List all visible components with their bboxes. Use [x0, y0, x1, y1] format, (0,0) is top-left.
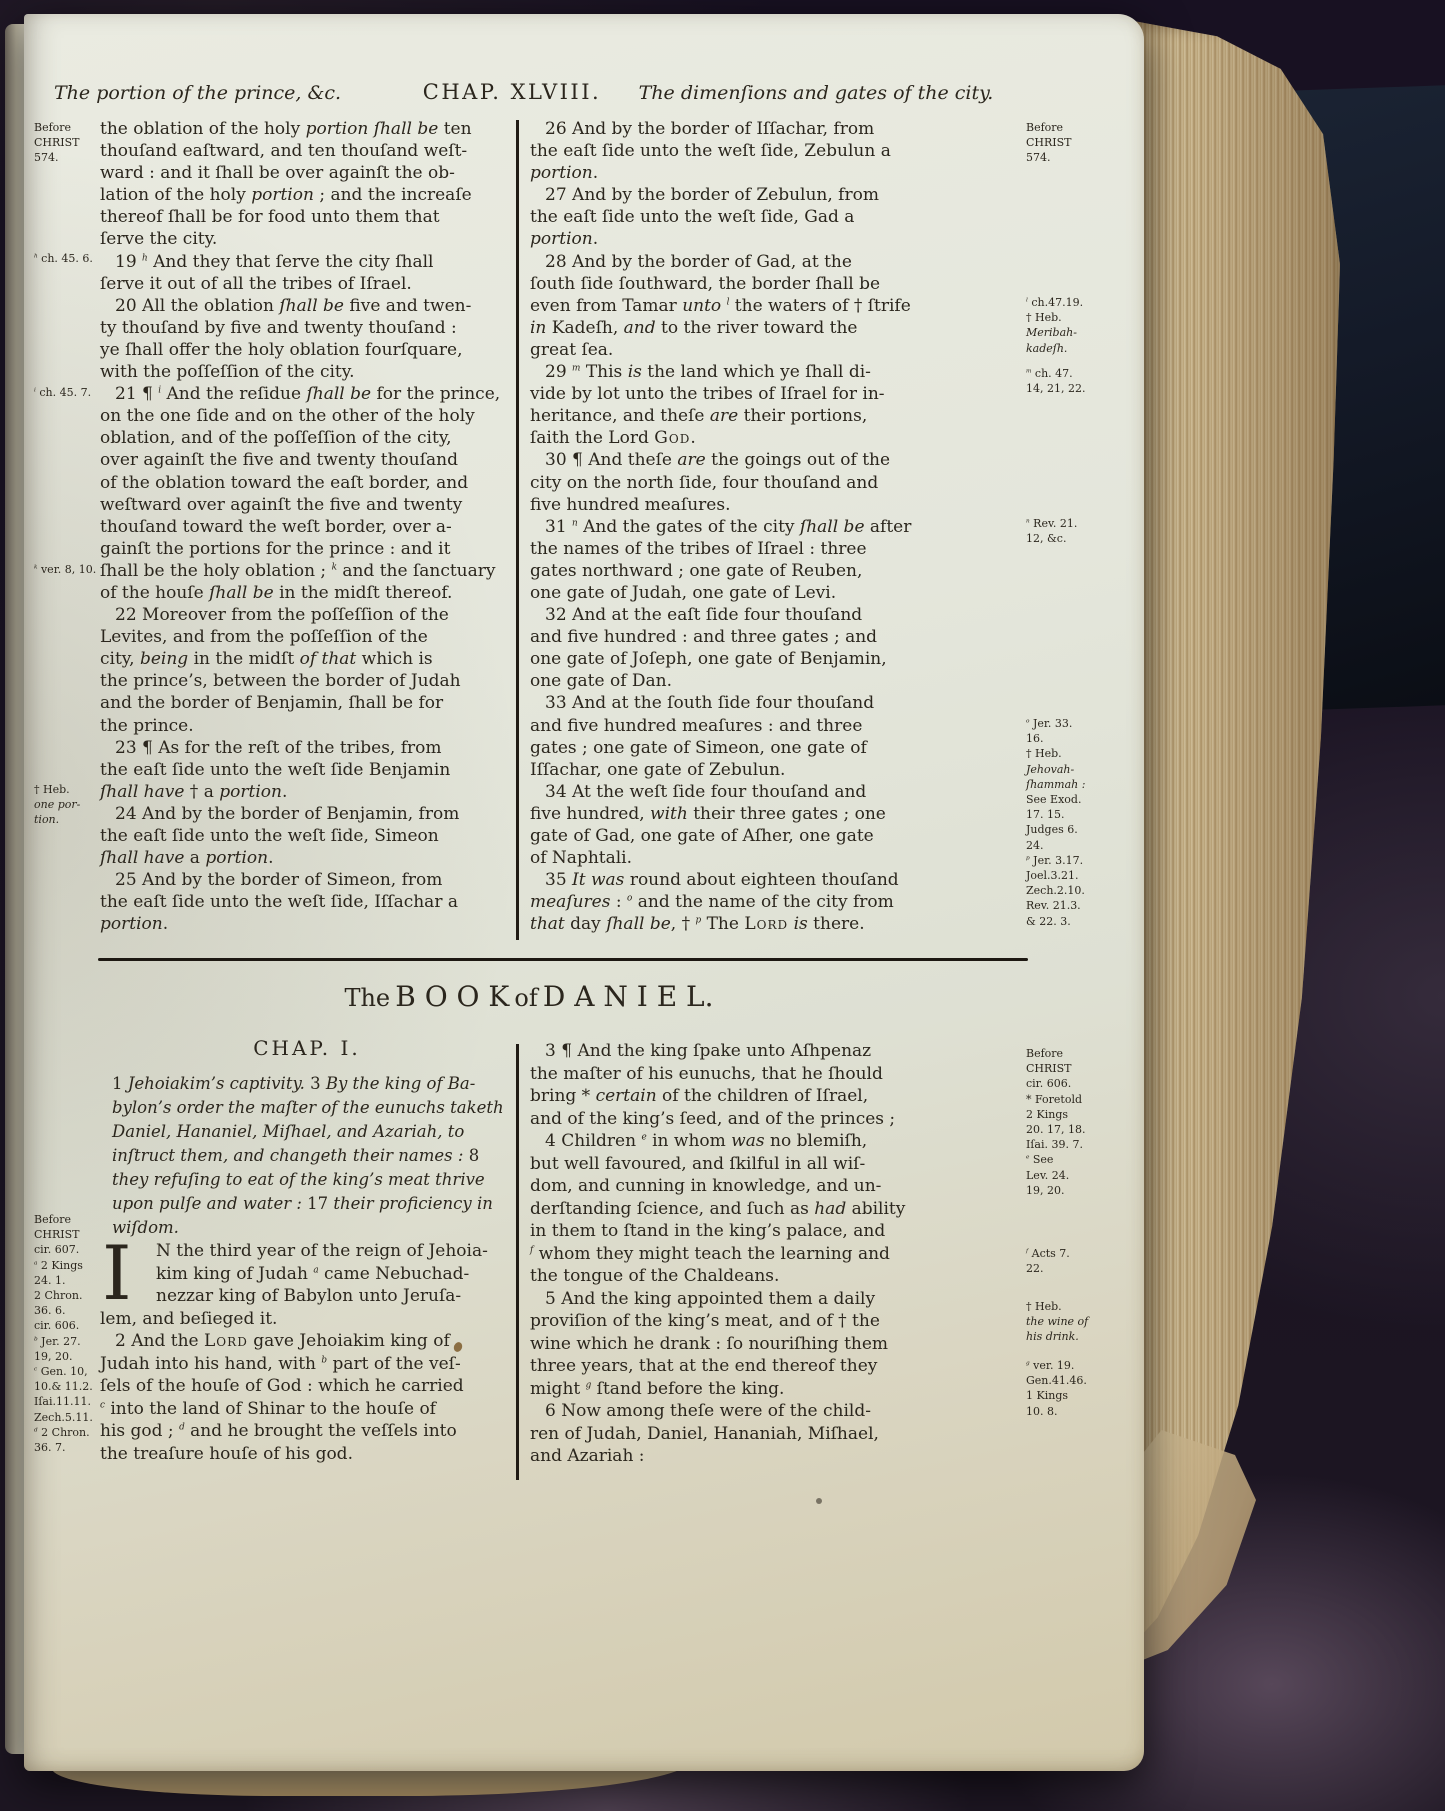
- text-line: 29 m This is the land which ye ſhall di-: [530, 361, 944, 383]
- text-line: city on the north ſide, four thouſand an…: [530, 472, 944, 494]
- margin-note-line: 14, 21, 22.: [1026, 381, 1144, 396]
- text-line: Daniel, Hananiel, Miſhael, and Azariah, …: [112, 1120, 516, 1144]
- text-line: 22 Moreover from the poſſeſſion of the: [100, 604, 514, 626]
- text-line: the names of the tribes of Iſrael : thre…: [530, 538, 944, 560]
- text-line: gate of Gad, one gate of Aſher, one gate: [530, 825, 944, 847]
- text-line: 33 And at the ſouth ſide four thouſand: [530, 692, 944, 714]
- margin-note-line: k ver. 8, 10.: [34, 562, 100, 577]
- text-line: one gate of Dan.: [530, 670, 944, 692]
- margin-note-line: tion.: [34, 812, 100, 827]
- margin-note-line: b Jer. 27.: [34, 1334, 100, 1349]
- text-line: the oblation of the holy portion ſhall b…: [100, 118, 514, 140]
- text-line: ren of Judah, Daniel, Hananiah, Miſhael,: [530, 1423, 944, 1446]
- margin-note-line: kadeſh.: [1026, 341, 1144, 356]
- margin-note-line: 24. 1.: [34, 1273, 100, 1288]
- text-line: ſhall have † a portion.: [100, 781, 514, 803]
- text-line: lation of the holy portion ; and the inc…: [100, 184, 514, 206]
- text-line: nezzar king of Babylon unto Jeruſa-: [100, 1285, 514, 1308]
- text-line: of the oblation toward the eaſt border, …: [100, 472, 514, 494]
- text-line: 21 ¶ i And the reſidue ſhall be for the …: [100, 383, 514, 405]
- text-line: they refuſing to eat of the king’s meat …: [112, 1168, 516, 1192]
- text-line: ſhall have a portion.: [100, 847, 514, 869]
- text-line: the eaſt ſide unto the weſt ſide, Gad a: [530, 206, 944, 228]
- margin-note-line: one por-: [34, 797, 100, 812]
- text-line: 20 All the oblation ſhall be five and tw…: [100, 295, 514, 317]
- margin-note-line: c Gen. 10,: [34, 1364, 100, 1379]
- margin-note: g ver. 19.Gen.41.46.1 Kings10. 8.: [1026, 1358, 1144, 1419]
- margin-note-line: n Rev. 21.: [1026, 516, 1144, 531]
- margin-note-line: Iſai.11.11.: [34, 1394, 100, 1409]
- margin-note: l ch.47.19.† Heb.Meribah-kadeſh.: [1026, 295, 1144, 356]
- chapter-one-heading: CHAP. I.: [100, 1036, 514, 1060]
- text-line: weſtward over againſt the five and twent…: [100, 494, 514, 516]
- margin-note-line: Iſai. 39. 7.: [1026, 1137, 1144, 1152]
- text-line: lem, and beſieged it.: [100, 1308, 514, 1331]
- margin-note-line: † Heb.: [1026, 1299, 1144, 1314]
- text-line: portion.: [530, 228, 944, 250]
- text-line: one gate of Judah, one gate of Levi.: [530, 582, 944, 604]
- margin-note-line: 16.: [1026, 731, 1144, 746]
- margin-note-line: 12, &c.: [1026, 531, 1144, 546]
- text-line: the eaſt ſide unto the weſt ſide, Zebulu…: [530, 140, 944, 162]
- text-line: ty thouſand by five and twenty thouſand …: [100, 317, 514, 339]
- text-line: and Azariah :: [530, 1445, 944, 1468]
- text-line: portion.: [100, 913, 514, 935]
- text-line: 24 And by the border of Benjamin, from: [100, 803, 514, 825]
- margin-note-line: m ch. 47.: [1026, 366, 1144, 381]
- margin-note-line: 2 Kings: [1026, 1107, 1144, 1122]
- margin-note-line: g ver. 19.: [1026, 1358, 1144, 1373]
- text-line: ſhall be the holy oblation ; k and the ſ…: [100, 560, 514, 582]
- text-line: the tongue of the Chaldeans.: [530, 1265, 944, 1288]
- bible-page: The portion of the prince, &c. CHAP. XLV…: [24, 14, 1144, 1771]
- text-line: and five hundred : and three gates ; and: [530, 626, 944, 648]
- text-line: Levites, and from the poſſeſſion of the: [100, 626, 514, 648]
- margin-note-line: p Jer. 3.17.: [1026, 853, 1144, 868]
- ezekiel-right-margin-notes: BeforeCHRIST574.l ch.47.19.† Heb.Meribah…: [1026, 118, 1144, 958]
- text-line: the eaſt ſide unto the weſt ſide, Simeon: [100, 825, 514, 847]
- text-line: ſouth ſide ſouthward, the border ſhall b…: [530, 273, 944, 295]
- margin-note-line: 36. 7.: [34, 1440, 100, 1455]
- text-line: thouſand eaſtward, and ten thouſand weſt…: [100, 140, 514, 162]
- margin-note: h ch. 45. 6.: [34, 251, 100, 266]
- text-line: bring * certain of the children of Iſrae…: [530, 1085, 944, 1108]
- text-line: on the one ſide and on the other of the …: [100, 405, 514, 427]
- text-line: but well favoured, and ſkilful in all wi…: [530, 1153, 944, 1176]
- section-divider-rule: [98, 958, 1028, 961]
- text-line: proviſion of the king’s meat, and of † t…: [530, 1310, 944, 1333]
- column-divider-rule: [516, 120, 519, 940]
- margin-note: BeforeCHRIST574.: [34, 120, 100, 166]
- column-divider-rule-daniel: [516, 1044, 519, 1480]
- book-title-the: The: [344, 984, 390, 1012]
- text-line: and five hundred meaſures : and three: [530, 715, 944, 737]
- text-line: ſaith the Lord God.: [530, 427, 944, 449]
- text-line: vide by lot unto the tribes of Iſrael fo…: [530, 383, 944, 405]
- text-line: bylon’s order the maſter of the eunuchs …: [112, 1096, 516, 1120]
- margin-note: n Rev. 21.12, &c.: [1026, 516, 1144, 546]
- text-line: oblation, and of the poſſeſſion of the c…: [100, 427, 514, 449]
- margin-note-line: 1 Kings: [1026, 1388, 1144, 1403]
- text-line: one gate of Joſeph, one gate of Benjamin…: [530, 648, 944, 670]
- text-line: of the houſe ſhall be in the midſt there…: [100, 582, 514, 604]
- book-fore-edge-pages: [1128, 20, 1340, 1650]
- text-line: and of the king’s ſeed, and of the princ…: [530, 1108, 944, 1131]
- daniel-right-margin-notes: BeforeCHRISTcir. 606.* Foretold2 Kings20…: [1026, 1040, 1144, 1480]
- margin-note-line: † Heb.: [1026, 310, 1144, 325]
- text-line: ſels of the houſe of God : which he carr…: [100, 1375, 514, 1398]
- margin-note-line: 36. 6.: [34, 1303, 100, 1318]
- book-title-of: of: [514, 984, 537, 1012]
- text-line: the prince’s, between the border of Juda…: [100, 670, 514, 692]
- margin-note-line: 574.: [1026, 150, 1144, 165]
- text-line: meaſures : o and the name of the city fr…: [530, 891, 944, 913]
- margin-note: k ver. 8, 10.: [34, 562, 100, 577]
- margin-note-line: e See: [1026, 1152, 1144, 1167]
- text-line: ye ſhall offer the holy oblation fourſqu…: [100, 339, 514, 361]
- margin-note-line: 19, 20.: [1026, 1183, 1144, 1198]
- ezekiel-left-margin-notes: BeforeCHRIST574.h ch. 45. 6.i ch. 45. 7.…: [34, 118, 100, 948]
- margin-note: BeforeCHRISTcir. 607.a 2 Kings24. 1.2 Ch…: [34, 1212, 100, 1455]
- text-line: N the third year of the reign of Jehoia-: [100, 1240, 514, 1263]
- margin-note-line: Meribah-: [1026, 325, 1144, 340]
- book-title-daniel: D A N I E L.: [543, 980, 714, 1013]
- text-line: over againſt the five and twenty thouſan…: [100, 449, 514, 471]
- text-line: 27 And by the border of Zebulun, from: [530, 184, 944, 206]
- text-line: city, being in the midſt of that which i…: [100, 648, 514, 670]
- margin-note: BeforeCHRIST574.: [1026, 120, 1144, 166]
- margin-note-line: Gen.41.46.: [1026, 1373, 1144, 1388]
- previous-page-edge: [5, 24, 25, 1754]
- margin-note-line: Rev. 21.3.: [1026, 898, 1144, 913]
- text-line: thouſand toward the weſt border, over a-: [100, 516, 514, 538]
- paper-speck: [816, 1498, 822, 1504]
- margin-note-line: Before: [1026, 120, 1144, 135]
- margin-note-line: d 2 Chron.: [34, 1425, 100, 1440]
- margin-note-line: CHRIST: [1026, 135, 1144, 150]
- margin-note-line: CHRIST: [34, 135, 100, 150]
- text-line: wiſdom.: [112, 1216, 516, 1240]
- text-line: heritance, and theſe are their portions,: [530, 405, 944, 427]
- text-line: with the poſſeſſion of the city.: [100, 361, 514, 383]
- drop-cap-initial: I: [102, 1244, 148, 1306]
- text-line: his god ; d and he brought the veſſels i…: [100, 1420, 514, 1443]
- margin-note-line: ſhammah :: [1026, 777, 1144, 792]
- text-line: 30 ¶ And theſe are the goings out of the: [530, 449, 944, 471]
- text-line: thereof ſhall be for food unto them that: [100, 206, 514, 228]
- text-line: in them to ſtand in the king’s palace, a…: [530, 1220, 944, 1243]
- margin-note: o Jer. 33.16.† Heb.Jehovah-ſhammah :See …: [1026, 716, 1144, 929]
- text-line: of Naphtali.: [530, 847, 944, 869]
- text-line: Judah into his hand, with b part of the …: [100, 1353, 514, 1376]
- margin-note-line: Before: [34, 120, 100, 135]
- margin-note-line: Judges 6.: [1026, 822, 1144, 837]
- text-line: the eaſt ſide unto the weſt ſide, Iſſach…: [100, 891, 514, 913]
- text-line: derſtanding ſcience, and ſuch as had abi…: [530, 1198, 944, 1221]
- text-line: wine which he drank : ſo nouriſhing them: [530, 1333, 944, 1356]
- running-head-left: The portion of the prince, &c.: [54, 82, 414, 104]
- margin-note-line: 2 Chron.: [34, 1288, 100, 1303]
- text-line: gates ; one gate of Simeon, one gate of: [530, 737, 944, 759]
- margin-note-line: l ch.47.19.: [1026, 295, 1144, 310]
- chapter-heading: CHAP. XLVIII.: [392, 80, 632, 104]
- margin-note: † Heb.one por-tion.: [34, 782, 100, 828]
- text-line: kim king of Judah a came Nebuchad-: [100, 1263, 514, 1286]
- text-line: ward : and it ſhall be over againſt the …: [100, 162, 514, 184]
- margin-note-line: Zech.2.10.: [1026, 883, 1144, 898]
- text-line: 23 ¶ As for the reſt of the tribes, from: [100, 737, 514, 759]
- text-line: 6 Now among theſe were of the child-: [530, 1400, 944, 1423]
- text-line: even from Tamar unto l the waters of † ſ…: [530, 295, 944, 317]
- text-line: the prince.: [100, 715, 514, 737]
- text-line: 4 Children e in whom was no blemiſh,: [530, 1130, 944, 1153]
- text-line: the maſter of his eunuchs, that he ſhoul…: [530, 1063, 944, 1086]
- text-line: gates northward ; one gate of Reuben,: [530, 560, 944, 582]
- margin-note-line: CHRIST: [1026, 1061, 1144, 1076]
- margin-note-line: Joel.3.21.: [1026, 868, 1144, 883]
- text-line: upon pulſe and water : 17 their proficie…: [112, 1192, 516, 1216]
- text-line: ſerve it out of all the tribes of Iſrael…: [100, 273, 514, 295]
- text-line: and the border of Benjamin, ſhall be for: [100, 692, 514, 714]
- text-line: 32 And at the eaſt ſide four thouſand: [530, 604, 944, 626]
- margin-note-line: & 22. 3.: [1026, 914, 1144, 929]
- margin-note-line: 10.& 11.2.: [34, 1379, 100, 1394]
- margin-note-line: 19, 20.: [34, 1349, 100, 1364]
- text-line: portion.: [530, 162, 944, 184]
- text-line: five hundred meaſures.: [530, 494, 944, 516]
- chapter-summary: 1 Jehoiakim’s captivity. 3 By the king o…: [112, 1072, 516, 1240]
- margin-note-line: i ch. 45. 7.: [34, 385, 100, 400]
- text-line: f whom they might teach the learning and: [530, 1243, 944, 1266]
- margin-note-line: cir. 606.: [34, 1318, 100, 1333]
- margin-note-line: Jehovah-: [1026, 762, 1144, 777]
- text-line: the eaſt ſide unto the weſt ſide Benjami…: [100, 759, 514, 781]
- margin-note-line: the wine of: [1026, 1314, 1144, 1329]
- text-line: 26 And by the border of Iſſachar, from: [530, 118, 944, 140]
- margin-note-line: his drink.: [1026, 1329, 1144, 1344]
- margin-note-line: a 2 Kings: [34, 1258, 100, 1273]
- text-line: great ſea.: [530, 339, 944, 361]
- margin-note-line: 574.: [34, 150, 100, 165]
- margin-note-line: † Heb.: [1026, 746, 1144, 761]
- margin-note-line: CHRIST: [34, 1227, 100, 1242]
- text-line: the treaſure houſe of his god.: [100, 1443, 514, 1466]
- running-head-right: The dimenſions and gates of the city.: [630, 82, 1002, 104]
- ezekiel-left-column: the oblation of the holy portion ſhall b…: [100, 118, 514, 935]
- margin-note-line: See Exod.: [1026, 792, 1144, 807]
- text-line: 1 Jehoiakim’s captivity. 3 By the king o…: [112, 1072, 516, 1096]
- text-line: 25 And by the border of Simeon, from: [100, 869, 514, 891]
- daniel-left-margin-notes: BeforeCHRISTcir. 607.a 2 Kings24. 1.2 Ch…: [34, 1212, 100, 1472]
- margin-note-line: Before: [1026, 1046, 1144, 1061]
- margin-note-line: o Jer. 33.: [1026, 716, 1144, 731]
- text-line: in Kadeſh, and to the river toward the: [530, 317, 944, 339]
- margin-note-line: f Acts 7.: [1026, 1246, 1144, 1261]
- text-line: inſtruct them, and changeth their names …: [112, 1144, 516, 1168]
- text-line: 2 And the Lord gave Jehoiakim king of: [100, 1330, 514, 1353]
- daniel-right-column: 3 ¶ And the king ſpake unto Aſhpenazthe …: [530, 1040, 944, 1468]
- text-line: five hundred, with their three gates ; o…: [530, 803, 944, 825]
- text-line: gainſt the portions for the prince : and…: [100, 538, 514, 560]
- text-line: 35 It was round about eighteen thouſand: [530, 869, 944, 891]
- book-title-book: B O O K: [395, 980, 509, 1013]
- text-line: might g ſtand before the king.: [530, 1378, 944, 1401]
- daniel-left-column: I N the third year of the reign of Jehoi…: [100, 1240, 514, 1465]
- margin-note-line: 24.: [1026, 838, 1144, 853]
- text-line: 34 At the weſt ſide four thouſand and: [530, 781, 944, 803]
- margin-note-line: 10. 8.: [1026, 1404, 1144, 1419]
- text-line: 5 And the king appointed them a daily: [530, 1288, 944, 1311]
- margin-note-line: 22.: [1026, 1261, 1144, 1276]
- text-line: 19 h And they that ſerve the city ſhall: [100, 251, 514, 273]
- margin-note: f Acts 7.22.: [1026, 1246, 1144, 1276]
- text-line: 3 ¶ And the king ſpake unto Aſhpenaz: [530, 1040, 944, 1063]
- margin-note: † Heb.the wine ofhis drink.: [1026, 1299, 1144, 1345]
- margin-note: i ch. 45. 7.: [34, 385, 100, 400]
- ezekiel-right-column: 26 And by the border of Iſſachar, fromth…: [530, 118, 944, 935]
- margin-note: BeforeCHRISTcir. 606.* Foretold2 Kings20…: [1026, 1046, 1144, 1198]
- text-line: dom, and cunning in knowledge, and un-: [530, 1175, 944, 1198]
- margin-note-line: † Heb.: [34, 782, 100, 797]
- margin-note-line: 20. 17, 18.: [1026, 1122, 1144, 1137]
- margin-note: m ch. 47.14, 21, 22.: [1026, 366, 1144, 396]
- margin-note-line: Zech.5.11.: [34, 1410, 100, 1425]
- text-line: c into the land of Shinar to the houſe o…: [100, 1398, 514, 1421]
- margin-note-line: h ch. 45. 6.: [34, 251, 100, 266]
- text-line: 31 n And the gates of the city ſhall be …: [530, 516, 944, 538]
- text-line: Iſſachar, one gate of Zebulun.: [530, 759, 944, 781]
- margin-note-line: Before: [34, 1212, 100, 1227]
- margin-note-line: * Foretold: [1026, 1092, 1144, 1107]
- text-line: ſerve the city.: [100, 228, 514, 250]
- margin-note-line: 17. 15.: [1026, 807, 1144, 822]
- text-line: three years, that at the end thereof the…: [530, 1355, 944, 1378]
- book-title: The B O O K of D A N I E L.: [24, 980, 1034, 1013]
- margin-note-line: cir. 607.: [34, 1242, 100, 1257]
- text-line: that day ſhall be, † p The Lord is there…: [530, 913, 944, 935]
- text-line: 28 And by the border of Gad, at the: [530, 251, 944, 273]
- margin-note-line: cir. 606.: [1026, 1076, 1144, 1091]
- margin-note-line: Lev. 24.: [1026, 1168, 1144, 1183]
